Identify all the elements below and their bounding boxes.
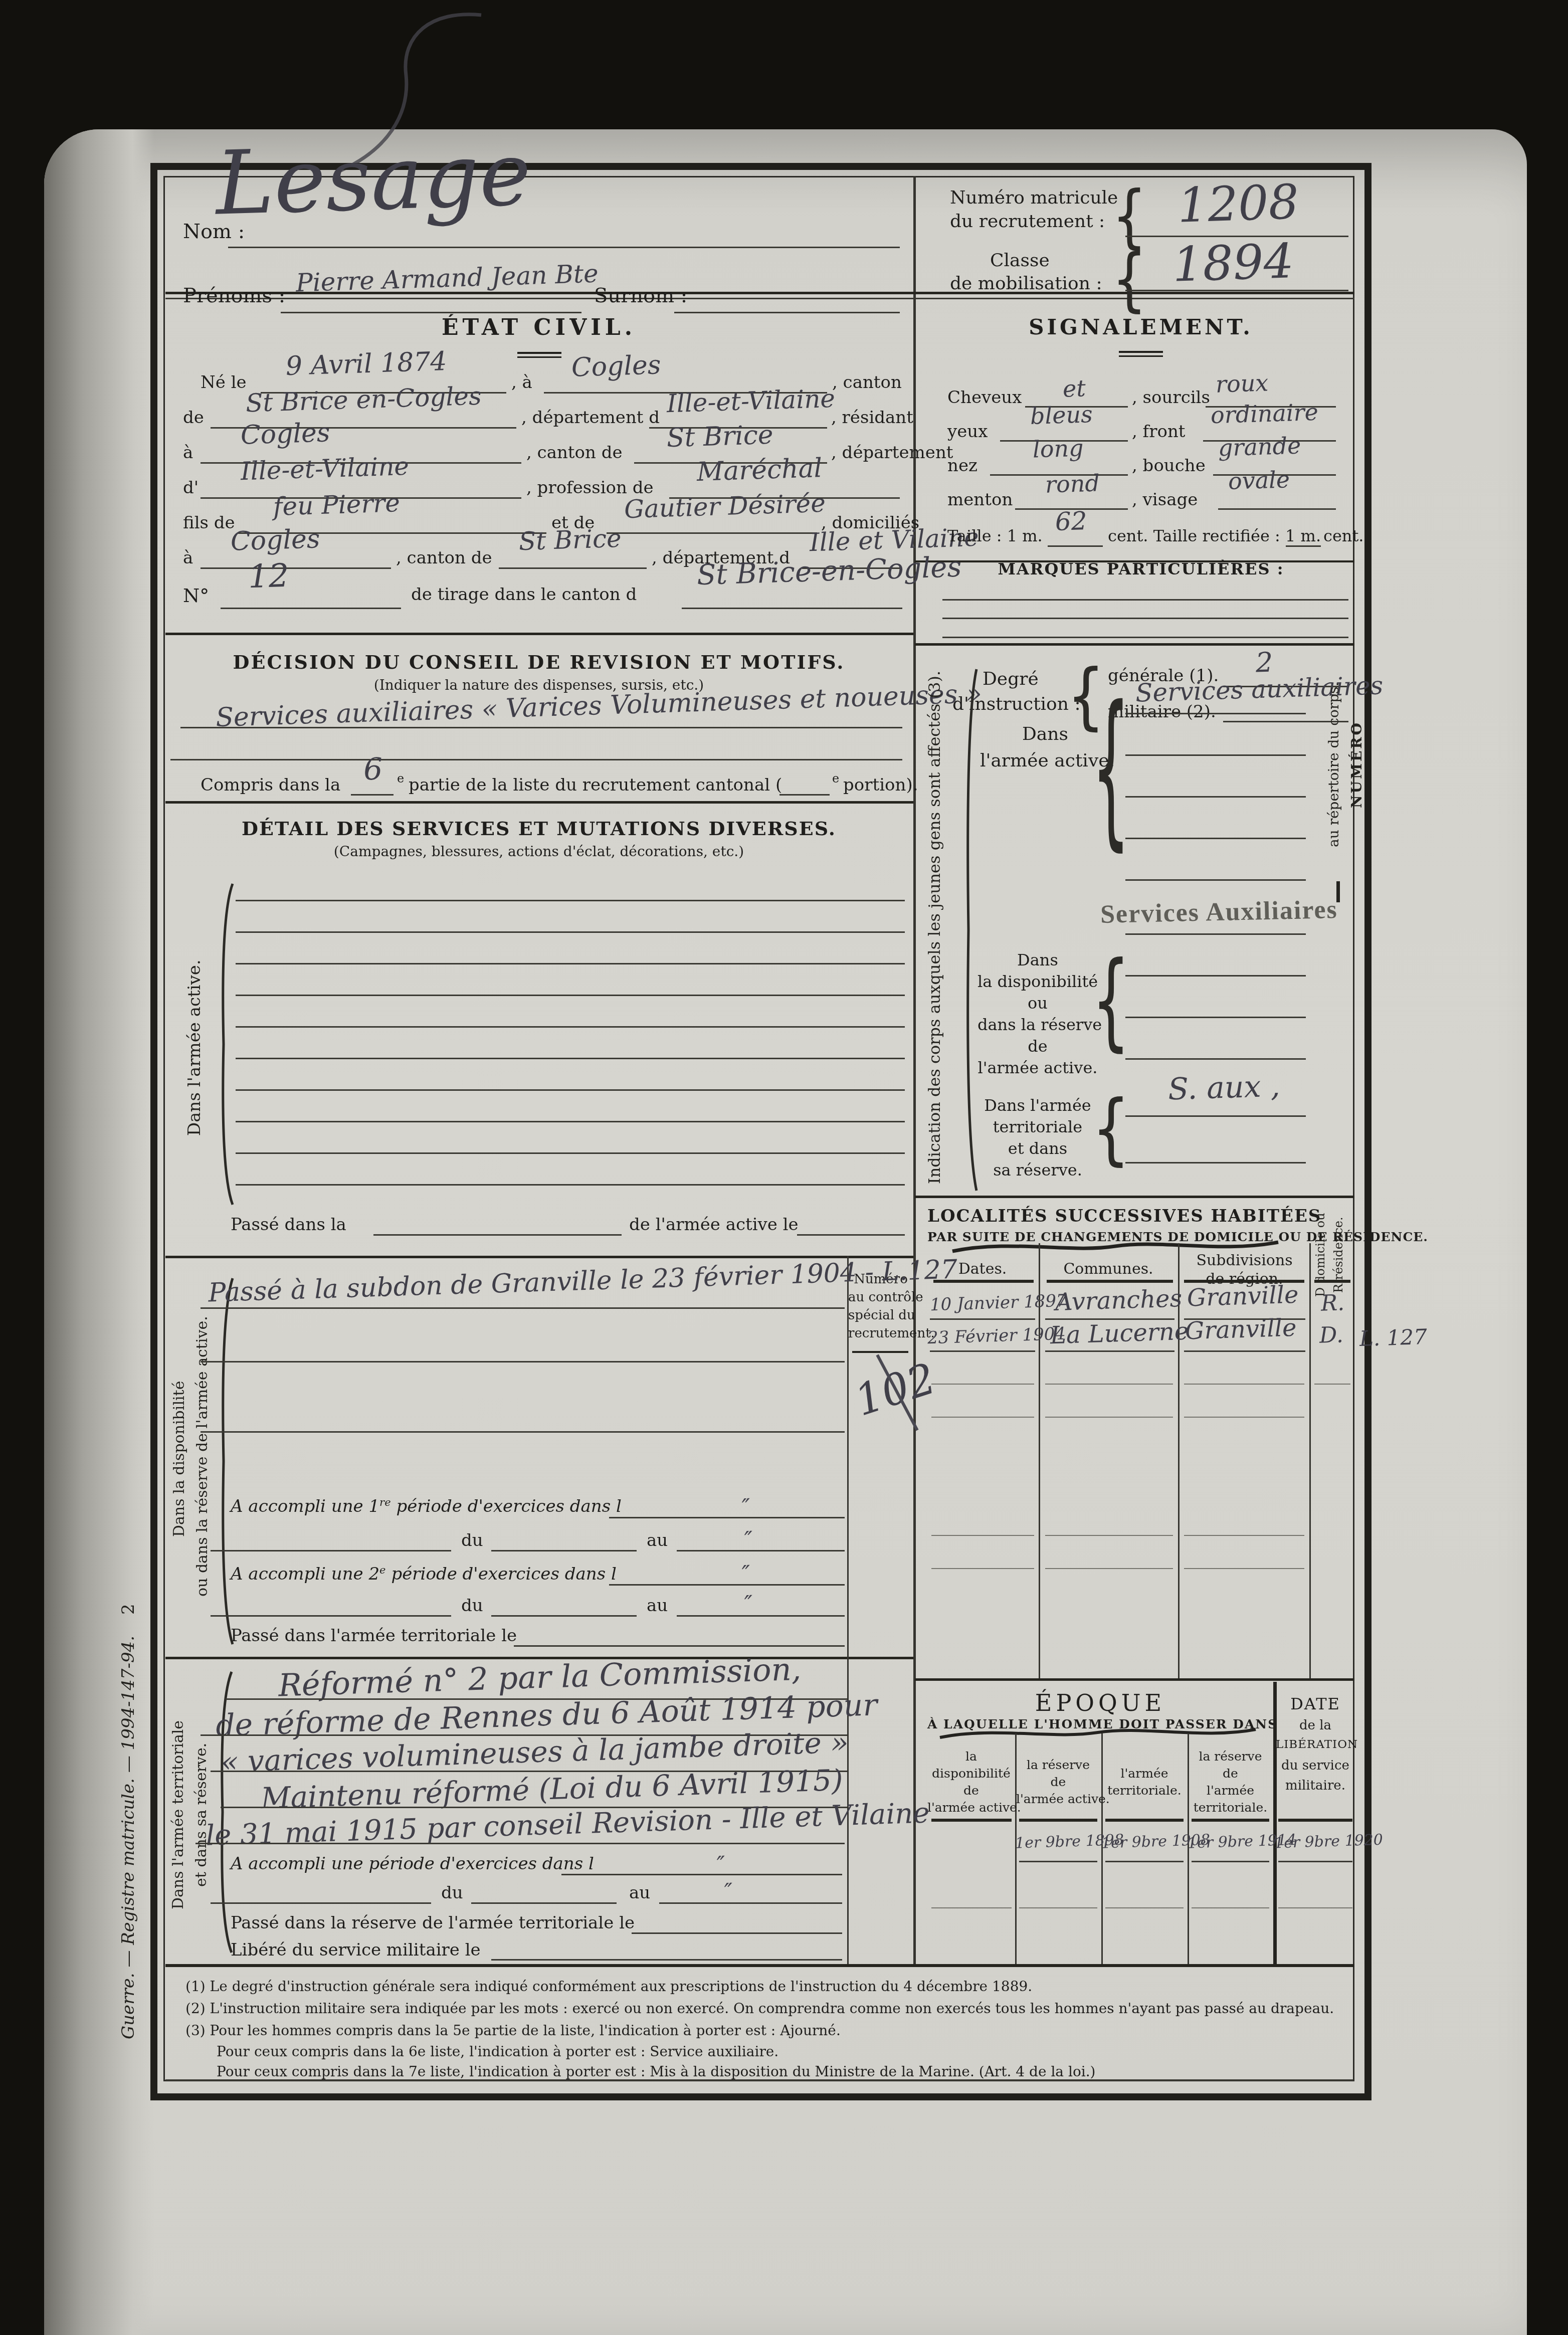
dispo-p1-ln — [609, 1517, 845, 1518]
nom-handwritten: Lesage — [214, 130, 532, 228]
compris-l3: portion). — [843, 776, 918, 795]
ec-r3-l3: , département — [831, 444, 953, 462]
dispo-du1: du — [461, 1531, 483, 1550]
sig-visage-ln — [1218, 508, 1336, 510]
ec-r6-l1: à — [183, 549, 193, 567]
loc-blank-ln — [931, 1535, 1034, 1536]
sig-front-l: , front — [1132, 423, 1185, 441]
dispo-side-label-2: ou dans la réserve de l'armée active. — [193, 1273, 211, 1639]
corps-terr-hw: S. aux , — [1167, 1071, 1280, 1105]
corps-active-ln — [1125, 754, 1306, 756]
terr-side-label-1: Dans l'armée territoriale — [169, 1674, 187, 1955]
dispo-blank-ln — [201, 1361, 845, 1363]
dispo-p2-ditto: ″ — [741, 1563, 750, 1585]
tirage-label-1: N° — [183, 586, 209, 607]
dispo-du2-lead-ln — [211, 1615, 451, 1617]
detail-side-brace — [217, 881, 237, 1207]
detail-ln — [236, 1184, 905, 1186]
corps-dispo-l3: ou — [977, 995, 1098, 1012]
detail-passe-l2: de l'armée active le — [629, 1216, 799, 1234]
corps-side-label: Indication des corps auxquels les jeunes… — [925, 662, 944, 1193]
localites-col-sub1: Subdivisions — [1181, 1252, 1308, 1269]
sig-taille-ln2 — [1286, 545, 1321, 547]
detail-ln — [236, 1089, 905, 1091]
ec-r2-v1: St Brice en-Cogles — [245, 383, 482, 416]
corps-active-ln — [1125, 838, 1306, 839]
corps-dispo-ln — [1125, 975, 1306, 977]
loc-row1-commune: Avranches — [1055, 1286, 1183, 1314]
divider-detail — [165, 1256, 913, 1258]
epoque-rule-c4 — [1192, 1819, 1269, 1822]
corps-active-ln — [1125, 879, 1306, 881]
footnote-2: (2) L'instruction militaire sera indiqué… — [185, 2001, 1334, 2017]
localites-col-communes: Communes. — [1040, 1261, 1177, 1277]
dispo-au1-ln — [677, 1550, 845, 1551]
dispo-du2-ln — [491, 1615, 637, 1617]
classe-value: 1894 — [1147, 237, 1319, 290]
divider-decision — [165, 801, 913, 804]
ec-r5-v2: Gautier Désirée — [624, 491, 826, 522]
loc-row1-sub: Granville — [1187, 1283, 1299, 1310]
controle-column-line — [847, 1256, 849, 1964]
loc-blank-ln — [1045, 1417, 1173, 1418]
detail-ln — [236, 1152, 905, 1154]
footnote-3: (3) Pour les hommes compris dans la 5e p… — [185, 2023, 841, 2039]
loc-row2-date-ln — [930, 1350, 1035, 1352]
corps-active-brace: { — [1092, 686, 1130, 854]
loc-blank-ln — [1045, 1384, 1173, 1385]
corps-terr-l3: et dans — [977, 1140, 1098, 1157]
terr-du: du — [441, 1884, 463, 1902]
epoque-c1-l3: de — [927, 1784, 1015, 1798]
decision-title: DÉCISION DU CONSEIL DE REVISION ET MOTIF… — [165, 652, 912, 673]
divider-etatcivil-left — [165, 633, 913, 635]
signalement-title: SIGNALEMENT. — [927, 316, 1354, 339]
loc-row2-date: 23 Février 1904 — [927, 1325, 1066, 1347]
numero-corps-label-2: au répertoire du corps. — [1325, 659, 1342, 870]
terr-pa-ln — [561, 1874, 842, 1875]
matricule-label-2: du recrutement : — [950, 212, 1105, 232]
terr-du-ditto: ″ — [724, 1881, 733, 1903]
terr-passe-res: Passé dans la réserve de l'armée territo… — [231, 1914, 635, 1932]
footnote-1: (1) Le degré d'instruction générale sera… — [185, 1979, 1032, 1995]
decision-ln2 — [170, 759, 902, 760]
sig-nez-l: nez — [947, 457, 977, 475]
terr-libere-ln — [491, 1959, 842, 1961]
classe-brace: { — [1112, 245, 1147, 314]
loc-blank-ln — [1045, 1568, 1173, 1569]
dispo-du1-ln — [491, 1550, 637, 1551]
epoque-date-h4: du service — [1276, 1759, 1355, 1773]
sig-visage-l: , visage — [1132, 491, 1198, 509]
epoque-val-ln — [1105, 1861, 1184, 1862]
dispo-du1-ditto: ″ — [744, 1529, 753, 1551]
sig-front-v: ordinaire — [1210, 401, 1318, 427]
sig-nez-v: long — [1032, 436, 1084, 461]
terr-libere: Libéré du service militaire le — [231, 1941, 481, 1960]
loc-blank-ln — [1184, 1568, 1304, 1569]
epoque-c2-l1: la réserve — [1016, 1758, 1100, 1772]
epoque-date-h2: de la — [1276, 1718, 1355, 1733]
epoque-c3-l1: l'armée — [1102, 1767, 1187, 1781]
localites-rule-dates — [933, 1280, 1034, 1283]
tirage-ln1 — [221, 608, 401, 609]
corps-terr-l4: sa réserve. — [977, 1161, 1098, 1179]
localites-rule-dr — [1314, 1280, 1350, 1283]
sig-sourcils-l: , sourcils — [1132, 388, 1210, 407]
loc-row1-dr: R. — [1320, 1292, 1344, 1314]
detail-ln — [236, 1026, 905, 1028]
dispo-du2: du — [461, 1597, 483, 1615]
loc-blank-ln — [1045, 1535, 1173, 1536]
epoque-c4-l2: de — [1189, 1767, 1272, 1781]
localites-rule-communes — [1047, 1280, 1173, 1283]
controle-h2: au contrôle — [848, 1290, 913, 1305]
tirage-canton: St Brice-en-Cogles — [696, 553, 962, 590]
services-auxiliaires-stamp: Services Auxiliaires — [1100, 895, 1338, 929]
classe-label-2: de mobilisation : — [950, 274, 1102, 294]
epoque-rule-c1 — [931, 1819, 1012, 1822]
epoque-blank-ln — [931, 1907, 1012, 1908]
detail-passe-l1: Passé dans la — [231, 1216, 346, 1234]
ec-r4-v1: Ille-et-Vilaine — [240, 454, 409, 484]
classe-label-1: Classe — [990, 251, 1050, 271]
corps-dispo-ln — [1125, 1017, 1306, 1018]
dispo-side-label-1: Dans la disponibilité — [170, 1283, 188, 1634]
loc-blank-ln — [1184, 1535, 1304, 1536]
detail-title: DÉTAIL DES SERVICES ET MUTATIONS DIVERSE… — [165, 818, 912, 839]
surnom-label: Surnom : — [594, 285, 687, 307]
nom-label: Nom : — [183, 221, 245, 243]
ec-r2-l1: de — [183, 409, 204, 427]
sig-sourcils-v: roux — [1215, 371, 1269, 396]
loc-row1-date-ln — [930, 1318, 1035, 1320]
prenoms-line — [281, 312, 581, 313]
sig-bouche-l: , bouche — [1132, 457, 1206, 475]
ec-r3-v2: St Brice — [666, 422, 773, 452]
epoque-date-h3: LIBÉRATION — [1276, 1738, 1355, 1751]
epoque-date-h5: militaire. — [1276, 1779, 1355, 1793]
ec-r3-v1: Cogles — [240, 420, 330, 449]
epoque-rule-c2 — [1019, 1819, 1097, 1822]
ec-r1-v1: 9 Avril 1874 — [285, 348, 447, 379]
epoque-v4: 1er 9bre 1914 — [1188, 1833, 1274, 1851]
localites-col-dates: Dates. — [927, 1261, 1038, 1277]
detail-ln — [236, 931, 905, 933]
matricule-label-1: Numéro matricule — [950, 188, 1118, 208]
corps-dispo-l6: l'armée active. — [977, 1059, 1098, 1077]
ec-r6-ln1 — [201, 567, 391, 569]
dispo-du2-ditto: ″ — [744, 1593, 753, 1615]
sig-taille-l3: cent. — [1323, 527, 1364, 545]
detail-ln — [236, 963, 905, 964]
margin-imprint: Guerre. — Registre matricule. — 1994-147… — [118, 1624, 138, 2050]
loc-blank-ln — [1314, 1384, 1350, 1385]
etat-civil-title: ÉTAT CIVIL. — [165, 316, 912, 340]
dispo-p1-label: A accompli une 1re période d'exercices d… — [231, 1496, 622, 1516]
dispo-du1-lead-ln — [211, 1550, 451, 1551]
margin-page-number: 2 — [118, 1599, 138, 1619]
localites-margin-note: L. 127 — [1359, 1326, 1427, 1349]
epoque-c1-l1: la — [927, 1749, 1015, 1764]
detail-ln — [236, 995, 905, 996]
corps-terr-brace: { — [1092, 1090, 1130, 1169]
corps-terr-ln2 — [1125, 1162, 1306, 1163]
loc-row2-commune-ln — [1045, 1350, 1174, 1352]
marques-label: MARQUES PARTICULIÈRES : — [927, 560, 1354, 578]
dispo-passe-terr-ln — [514, 1645, 845, 1647]
ec-r5-l1: fils de — [183, 514, 235, 532]
compris-value: 6 — [363, 754, 383, 785]
epoque-rule-c3 — [1105, 1819, 1184, 1822]
loc-row2-commune: La Lucerne — [1050, 1319, 1189, 1348]
sig-taille-l1: Taille : 1 m. — [947, 527, 1043, 545]
marques-ln1 — [942, 599, 1348, 601]
controle-h4: recrutement. — [848, 1326, 913, 1341]
tirage-label-2: de tirage dans le canton d — [411, 586, 637, 604]
corps-terr-l2: territoriale — [977, 1118, 1098, 1136]
localites-vline-3 — [1309, 1243, 1311, 1678]
dispo-p2-label: A accompli une 2e période d'exercices da… — [231, 1564, 617, 1584]
ec-r4-v2: Maréchal — [696, 455, 823, 485]
epoque-v3: 1er 9bre 1908 — [1101, 1833, 1188, 1851]
controle-h3: spécial du — [848, 1308, 913, 1323]
compris-sup1: e — [397, 772, 404, 785]
dispo-au1: au — [647, 1531, 668, 1550]
detail-ln — [236, 1121, 905, 1122]
corps-dispo-l4: dans la réserve — [977, 1016, 1098, 1034]
compris-ln1 — [351, 794, 394, 796]
sig-visage-v: ovale — [1228, 468, 1290, 493]
loc-blank-ln — [1184, 1417, 1304, 1418]
divider-top-row-2 — [165, 298, 1354, 299]
sig-bouche-v: grande — [1218, 434, 1301, 459]
dispo-hw-ln — [201, 1307, 845, 1309]
terr-hw-ln5 — [195, 1843, 845, 1844]
etat-civil-rule — [517, 352, 561, 358]
ec-r2-l2: , département d — [521, 409, 660, 427]
epoque-blank-ln — [1019, 1907, 1097, 1908]
sig-yeux-v: bleus — [1030, 403, 1093, 428]
dispo-p1-ditto: ″ — [741, 1496, 750, 1518]
divider-epoque — [915, 1678, 1354, 1681]
ec-r2-l3: , résidant — [831, 409, 913, 427]
corps-active-ln — [1125, 796, 1306, 798]
tirage-ln2 — [682, 608, 902, 609]
sig-cheveux-v: et — [1062, 376, 1086, 400]
terr-du-ln — [471, 1902, 617, 1904]
epoque-c2-l2: de — [1016, 1775, 1100, 1789]
dispo-au2: au — [647, 1597, 668, 1615]
corps-dispo-ln — [1125, 1058, 1306, 1060]
sig-cheveux-l: Cheveux — [947, 388, 1022, 407]
ec-r3-l1: à — [183, 444, 193, 462]
sig-yeux-l: yeux — [947, 423, 988, 441]
epoque-val-ln — [1019, 1861, 1097, 1862]
ec-r5-v1: feu Pierre — [273, 490, 400, 519]
numero-corps-label-1: NUMÉRO — [1348, 667, 1365, 862]
epoque-blank-ln — [1105, 1907, 1184, 1908]
epoque-c1-l2: disponibilité — [927, 1767, 1015, 1781]
divider-footnotes — [165, 1964, 1354, 1967]
ec-r1-l1: Né le — [201, 373, 247, 392]
loc-row1-date: 10 Janvier 1897 — [930, 1292, 1068, 1314]
ec-r3-l2: , canton de — [526, 444, 623, 462]
dispo-passe-terr: Passé dans l'armée territoriale le — [231, 1627, 517, 1645]
terr-du-lead-ln — [211, 1902, 431, 1904]
loc-blank-ln — [931, 1384, 1034, 1385]
epoque-val-ln — [1278, 1861, 1352, 1862]
terr-au: au — [629, 1884, 650, 1902]
degre-l1: Degré — [983, 669, 1039, 689]
corps-active-l1: Dans — [995, 724, 1095, 744]
tirage-value: 12 — [248, 560, 289, 594]
divider-degre-right — [915, 643, 1354, 646]
compris-l1: Compris dans la — [201, 776, 340, 795]
dispo-side-brace — [217, 1276, 237, 1647]
epoque-swash — [937, 1725, 1258, 1740]
terr-passe-res-ln — [632, 1932, 842, 1934]
loc-blank-ln — [931, 1417, 1034, 1418]
scanned-register-page: { "margin": {"registre": "Guerre. — Regi… — [0, 0, 1568, 2335]
corps-dispo-l2: la disponibilité — [977, 973, 1098, 991]
epoque-v-date: 1er 9bre 1920 — [1274, 1833, 1355, 1851]
signalement-rule — [1119, 351, 1163, 357]
corps-active-ln — [1125, 713, 1306, 714]
epoque-v2: 1er 9bre 1898 — [1015, 1833, 1102, 1851]
sig-menton-v: rond — [1045, 471, 1100, 496]
nom-line — [228, 247, 900, 248]
ec-r6-ln2 — [499, 567, 647, 569]
ec-r2-v2: Ille-et-Vilaine — [666, 386, 835, 417]
detail-passe-ln1 — [373, 1234, 622, 1236]
detail-ln — [236, 900, 905, 901]
corps-dispo-l1: Dans — [977, 951, 1098, 969]
epoque-date-h1: DATE — [1276, 1695, 1355, 1713]
epoque-c4-l1: la réserve — [1189, 1749, 1272, 1764]
dispo-blank-ln — [201, 1431, 845, 1433]
ec-r1-l3: , canton — [832, 373, 902, 392]
epoque-c4-l4: territoriale. — [1189, 1801, 1272, 1815]
epoque-c1-l4: l'armée active. — [927, 1801, 1015, 1815]
loc-row2-sub: Granville — [1185, 1316, 1297, 1343]
loc-row2-dr: D. — [1319, 1324, 1343, 1346]
epoque-blank-ln — [1278, 1907, 1352, 1908]
decision-ln1 — [180, 727, 902, 728]
epoque-title: ÉPOQUE — [927, 1690, 1273, 1716]
epoque-c2-l3: l'armée active. — [1016, 1792, 1100, 1806]
corps-terr-ln — [1125, 1115, 1306, 1117]
localites-title: LOCALITÉS SUCCESSIVES HABITÉES — [927, 1207, 1308, 1226]
ec-r6-l2: , canton de — [396, 549, 492, 567]
loc-blank-ln — [1184, 1384, 1304, 1385]
epoque-blank-ln — [1192, 1907, 1269, 1908]
classe-line — [1125, 290, 1348, 291]
compris-l2: partie de la liste du recrutement canton… — [409, 776, 782, 795]
corps-active-hw: Services auxiliaires — [1135, 673, 1384, 706]
detail-subtitle: (Campagnes, blessures, actions d'éclat, … — [165, 844, 912, 860]
ec-r4-l1: d' — [183, 479, 199, 497]
surnom-line — [674, 312, 900, 313]
terr-pa-ditto: ″ — [716, 1854, 725, 1876]
sig-taille-ln1 — [1048, 545, 1103, 547]
compris-sup2: e — [832, 772, 839, 785]
corps-active-l2: l'armée active. — [980, 751, 1110, 771]
corps-stamp-ln — [1125, 933, 1306, 935]
terr-au-ln — [659, 1902, 842, 1904]
epoque-c4-l3: l'armée — [1189, 1784, 1272, 1798]
degre-generale-v: 2 — [1255, 649, 1273, 676]
corps-dispo-l5: de — [977, 1038, 1098, 1055]
dispo-p2-ln — [609, 1584, 845, 1586]
footnote-4: Pour ceux compris dans la 6e liste, l'in… — [217, 2044, 778, 2060]
divider-localites — [915, 1196, 1354, 1198]
detail-ln — [236, 1058, 905, 1059]
prenoms-label: Prénoms : — [183, 285, 285, 307]
matricule-value: 1208 — [1152, 178, 1324, 231]
ec-r1-v2: Cogles — [571, 352, 661, 381]
ec-r6-v2: St Brice — [518, 526, 622, 554]
loc-blank-ln — [931, 1568, 1034, 1569]
marques-ln3 — [942, 637, 1348, 638]
numero-corps-tick — [1336, 881, 1340, 902]
detail-side-label: Dans l'armée active. — [184, 892, 205, 1203]
ec-r6-v1: Cogles — [230, 526, 320, 555]
footnote-5: Pour ceux compris dans la 7e liste, l'in… — [217, 2064, 1096, 2080]
detail-passe-ln2 — [797, 1234, 905, 1236]
terr-pa-label: A accompli une période d'exercices dans … — [231, 1855, 594, 1873]
compris-ln2 — [779, 794, 830, 796]
loc-row2-sub-ln — [1184, 1350, 1305, 1352]
sig-taille-l2: cent. Taille rectifiée : 1 m. — [1108, 527, 1321, 545]
corps-dispo-brace: { — [1092, 949, 1130, 1054]
sig-taille-v: 62 — [1055, 508, 1087, 534]
dispo-au2-ln — [677, 1615, 845, 1617]
epoque-rule-date — [1278, 1819, 1352, 1822]
epoque-c3-l2: territoriale. — [1102, 1784, 1187, 1798]
corps-terr-l1: Dans l'armée — [977, 1097, 1098, 1114]
marques-ln2 — [942, 618, 1348, 619]
epoque-val-ln — [1192, 1861, 1269, 1862]
terr-side-label-2: et dans sa réserve. — [192, 1674, 210, 1955]
ec-r5-ln2 — [607, 532, 817, 534]
controle-rule — [852, 1351, 908, 1353]
sig-menton-l: menton — [947, 491, 1013, 509]
ec-r1-l2: , à — [511, 373, 532, 392]
